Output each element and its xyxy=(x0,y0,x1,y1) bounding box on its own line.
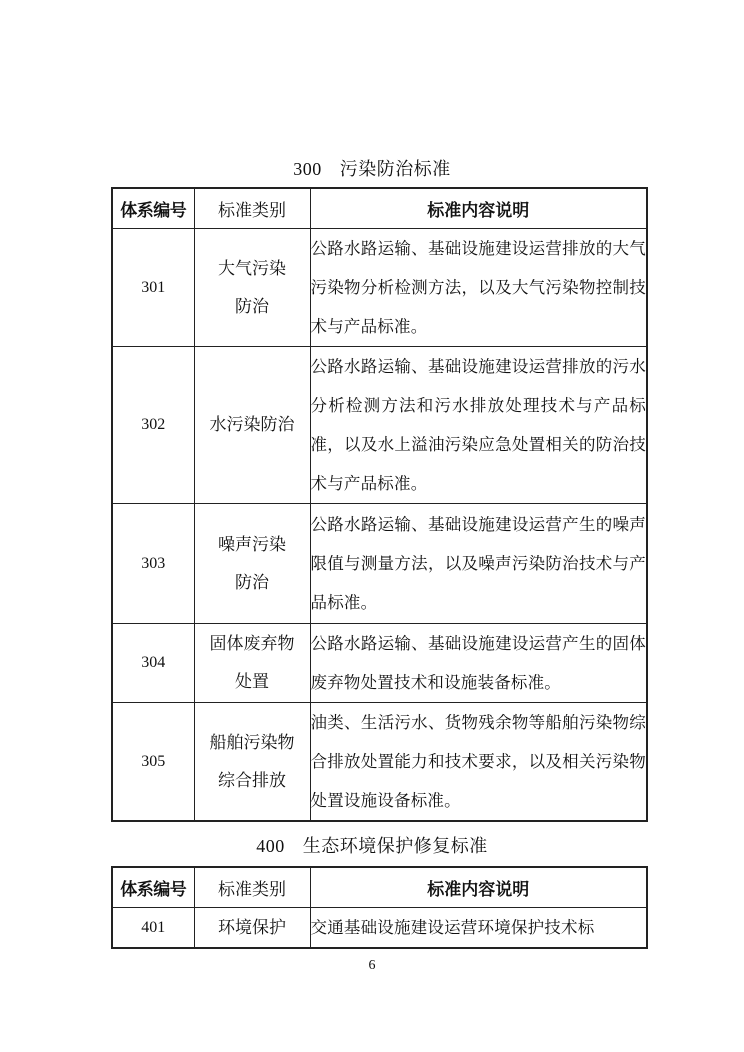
page-number: 6 xyxy=(0,958,744,974)
ecological-protection-table: 体系编号 标准类别 标准内容说明 401 环境保护 交通基础设施建设运营环境保护… xyxy=(111,866,648,949)
section-300-name: 污染防治标准 xyxy=(340,159,451,180)
row-code: 305 xyxy=(112,703,194,822)
category-line: 固体废弃物 xyxy=(195,625,310,663)
row-description: 公路水路运输、基础设施建设运营排放的大气污染物分析检测方法，以及大气污染物控制技… xyxy=(310,229,647,347)
row-code: 304 xyxy=(112,624,194,703)
header-category: 标准类别 xyxy=(194,867,310,908)
category-line: 综合排放 xyxy=(195,762,310,800)
pollution-prevention-table: 体系编号 标准类别 标准内容说明 301 大气污染 防治 公路水路运输、基础设施… xyxy=(111,187,648,822)
category-line: 处置 xyxy=(195,663,310,701)
table-row: 401 环境保护 交通基础设施建设运营环境保护技术标 xyxy=(112,908,647,949)
category-line: 防治 xyxy=(195,288,310,326)
header-description: 标准内容说明 xyxy=(310,867,647,908)
header-code: 体系编号 xyxy=(112,867,194,908)
section-400-name: 生态环境保护修复标准 xyxy=(303,836,488,857)
table-row: 302 水污染防治 公路水路运输、基础设施建设运营排放的污水分析检测方法和污水排… xyxy=(112,347,647,504)
category-line: 防治 xyxy=(195,564,310,602)
row-code: 303 xyxy=(112,504,194,624)
table-row: 303 噪声污染 防治 公路水路运输、基础设施建设运营产生的噪声限值与测量方法，… xyxy=(112,504,647,624)
row-category: 船舶污染物 综合排放 xyxy=(194,703,310,822)
row-category: 噪声污染 防治 xyxy=(194,504,310,624)
section-400-title: 400生态环境保护修复标准 xyxy=(0,834,744,859)
row-description: 交通基础设施建设运营环境保护技术标 xyxy=(310,908,647,949)
category-line: 噪声污染 xyxy=(195,526,310,564)
row-category: 固体废弃物 处置 xyxy=(194,624,310,703)
row-code: 301 xyxy=(112,229,194,347)
section-300-title: 300污染防治标准 xyxy=(0,157,744,182)
row-description: 公路水路运输、基础设施建设运营排放的污水分析检测方法和污水排放处理技术与产品标准… xyxy=(310,347,647,504)
table-header-row: 体系编号 标准类别 标准内容说明 xyxy=(112,867,647,908)
row-category: 大气污染 防治 xyxy=(194,229,310,347)
row-description: 公路水路运输、基础设施建设运营产生的固体废弃物处置技术和设施装备标准。 xyxy=(310,624,647,703)
header-code: 体系编号 xyxy=(112,188,194,229)
section-300-number: 300 xyxy=(293,159,322,179)
category-line: 环境保护 xyxy=(195,909,310,947)
category-line: 船舶污染物 xyxy=(195,724,310,762)
section-400-number: 400 xyxy=(256,836,285,856)
category-line: 水污染防治 xyxy=(195,406,310,444)
row-category: 水污染防治 xyxy=(194,347,310,504)
table-row: 305 船舶污染物 综合排放 油类、生活污水、货物残余物等船舶污染物综合排放处置… xyxy=(112,703,647,822)
table-row: 301 大气污染 防治 公路水路运输、基础设施建设运营排放的大气污染物分析检测方… xyxy=(112,229,647,347)
header-category: 标准类别 xyxy=(194,188,310,229)
row-code: 302 xyxy=(112,347,194,504)
category-line: 大气污染 xyxy=(195,250,310,288)
table-header-row: 体系编号 标准类别 标准内容说明 xyxy=(112,188,647,229)
row-description: 油类、生活污水、货物残余物等船舶污染物综合排放处置能力和技术要求，以及相关污染物… xyxy=(310,703,647,822)
row-code: 401 xyxy=(112,908,194,949)
table-row: 304 固体废弃物 处置 公路水路运输、基础设施建设运营产生的固体废弃物处置技术… xyxy=(112,624,647,703)
header-description: 标准内容说明 xyxy=(310,188,647,229)
row-description: 公路水路运输、基础设施建设运营产生的噪声限值与测量方法，以及噪声污染防治技术与产… xyxy=(310,504,647,624)
row-category: 环境保护 xyxy=(194,908,310,949)
